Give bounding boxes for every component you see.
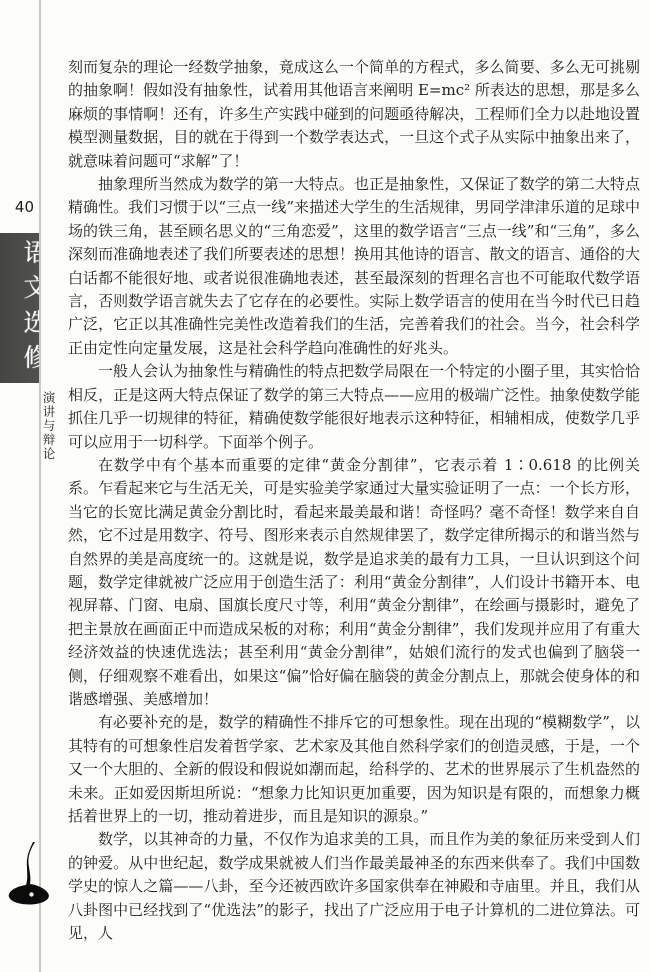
paragraph: 有必要补充的是，数学的精确性不排斥它的可想象性。现在出现的“模糊数学”，以其特有… xyxy=(68,711,640,828)
paragraph: 一般人会认为抽象性与精确性的特点把数学局限在一个特定的小圈子里，其实恰恰相反，正… xyxy=(68,360,640,454)
series-title-calligraphy: 语文选修 xyxy=(16,238,41,379)
ink-brush-decoration xyxy=(5,841,53,911)
spine-divider-line xyxy=(39,0,41,972)
book-subtitle-vertical: 演讲与辩论 xyxy=(16,391,57,461)
paragraph: 在数学中有个基本而重要的定律“黄金分割律”，它表示着 1∶0.618 的比例关系… xyxy=(68,454,640,711)
paragraph: 抽象理所当然成为数学的第一大特点。也正是抽象性，又保证了数学的第二大特点精确性。… xyxy=(68,173,640,360)
body-text: 刻而复杂的理论一经数学抽象，竟成这么一个简单的方程式，多么简要、多么无可挑剔的抽… xyxy=(68,56,640,945)
series-title-block: 语文选修 xyxy=(0,233,41,383)
textbook-page: 40 语文选修 演讲与辩论 刻而复杂的理论一经数学抽象，竟成这么一个简单的方程式… xyxy=(0,0,650,972)
paragraph: 刻而复杂的理论一经数学抽象，竟成这么一个简单的方程式，多么简要、多么无可挑剔的抽… xyxy=(68,56,640,173)
paragraph: 数学，以其神奇的力量，不仅作为追求美的工具，而且作为美的象征历来受到人们的钟爱。… xyxy=(68,828,640,945)
page-number: 40 xyxy=(0,198,34,216)
